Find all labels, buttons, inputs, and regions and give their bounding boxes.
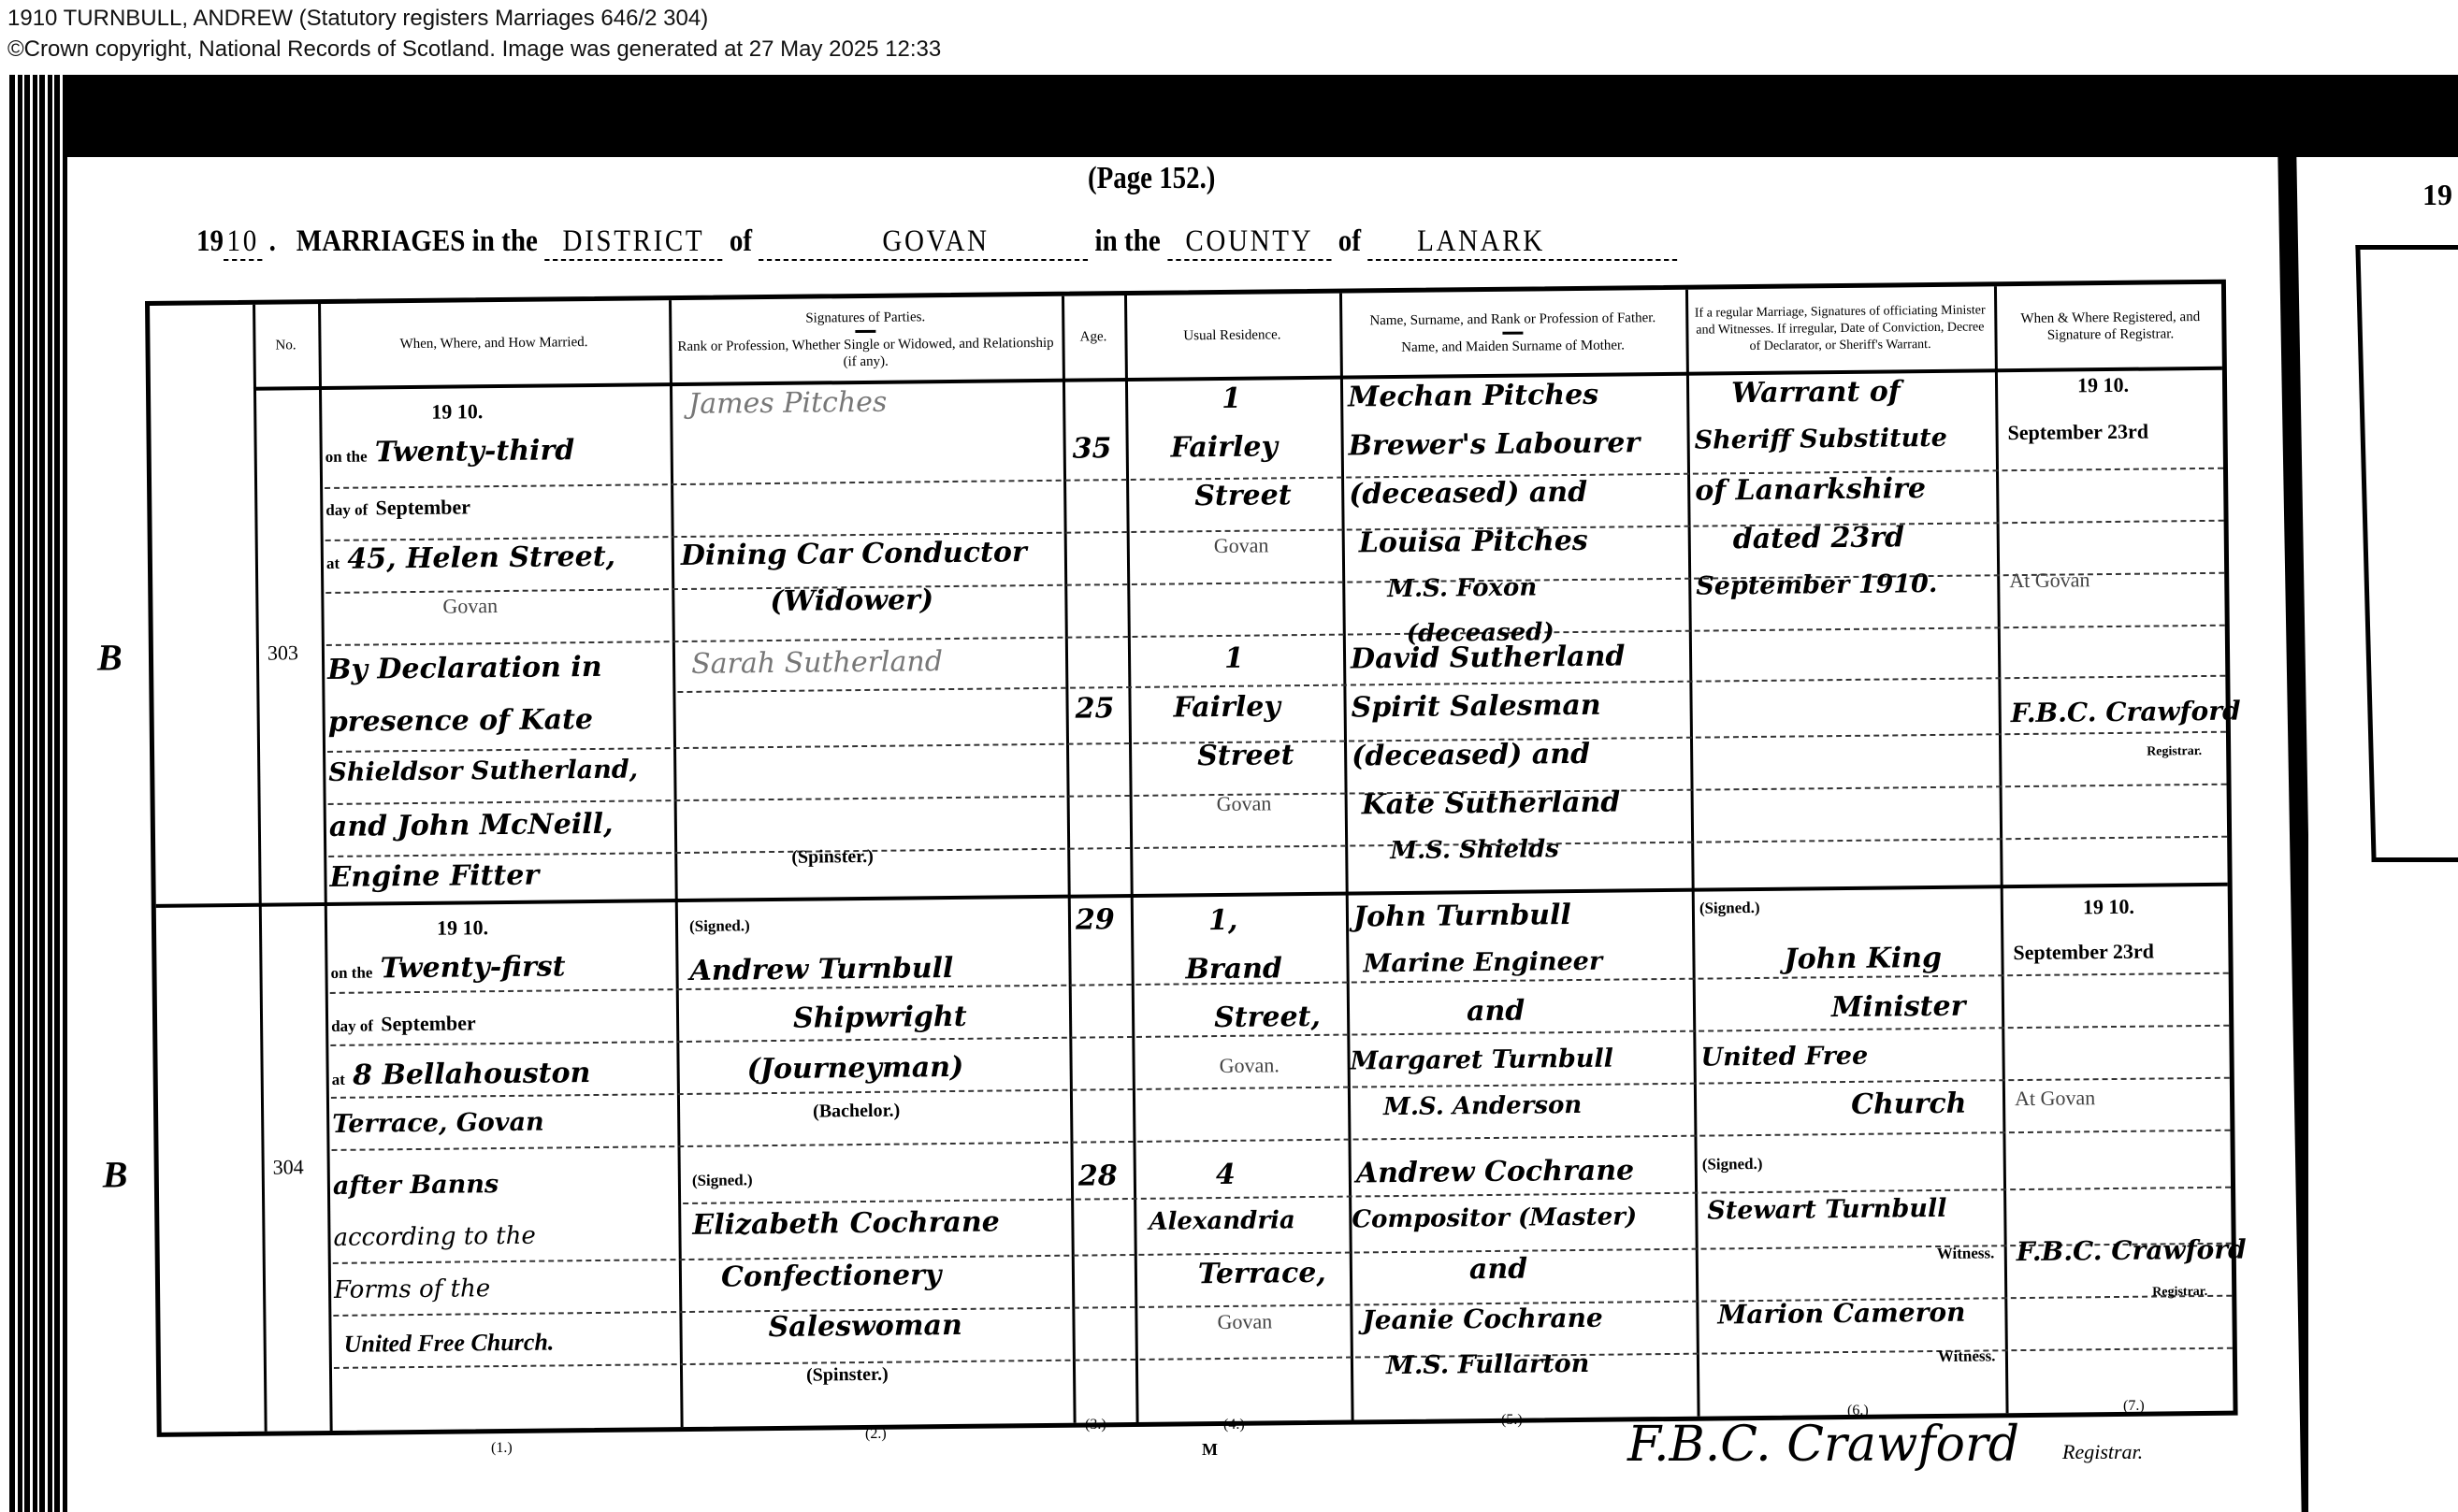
marriage-place-town: Govan bbox=[442, 594, 498, 619]
bride-residence-number: 1 bbox=[1224, 642, 1244, 675]
entry-number: 303 bbox=[267, 641, 298, 665]
warrant-line-5: September 1910. bbox=[1696, 569, 1937, 601]
footer-mark: M bbox=[1202, 1440, 1218, 1460]
column-number-4: (4.) bbox=[1223, 1417, 1245, 1433]
marriage-day: on the Twenty-first bbox=[330, 950, 565, 986]
marriage-place: at 45, Helen Street, bbox=[326, 540, 615, 576]
registered-date: September 23rd bbox=[2013, 940, 2154, 966]
groom-residence-street-2: Street bbox=[1194, 479, 1292, 512]
registered-place: At Govan bbox=[2015, 1086, 2095, 1111]
column-number-5: (5.) bbox=[1501, 1412, 1523, 1429]
bride-mother-name: Kate Sutherland bbox=[1362, 786, 1621, 822]
marriages-in-the: MARRIAGES in the bbox=[296, 224, 538, 259]
marriage-how-1: By Declaration in bbox=[327, 651, 602, 686]
registered-year: 19 10. bbox=[2077, 373, 2129, 398]
registrar-label: Registrar. bbox=[2147, 744, 2202, 760]
header-parents-mother: Name, and Maiden Surname of Mother. bbox=[1401, 338, 1625, 354]
groom-age: 29 bbox=[1076, 903, 1115, 936]
registrar-label: Registrar. bbox=[2152, 1285, 2207, 1301]
warrant-line-1: Warrant of bbox=[1731, 375, 1901, 410]
in-the-label: in the bbox=[1095, 224, 1161, 259]
header-minister-witnesses: If a regular Marriage, Signatures of off… bbox=[1685, 286, 1995, 371]
bride-residence-street-2: Street bbox=[1197, 739, 1294, 772]
of-label-1: of bbox=[730, 224, 752, 259]
bride-father-status: (deceased) and bbox=[1352, 738, 1590, 773]
marriage-year: 19 10. bbox=[437, 915, 488, 941]
groom-residence-street-2: Street, bbox=[1214, 1001, 1321, 1034]
bride-occupation-2: Saleswoman bbox=[768, 1309, 962, 1344]
footer-registrar-signature: F.B.C. Crawford bbox=[1627, 1417, 2019, 1473]
groom-father-name: Mechan Pitches bbox=[1348, 379, 1598, 414]
registrar-signature: F.B.C. Crawford bbox=[2011, 696, 2241, 729]
bride-status: (Spinster.) bbox=[806, 1364, 889, 1387]
bride-age: 28 bbox=[1078, 1159, 1118, 1192]
minister-church-1: United Free bbox=[1700, 1042, 1868, 1073]
bride-mother-maiden: M.S. Shields bbox=[1390, 835, 1559, 865]
marriage-month: day of September bbox=[325, 489, 470, 523]
bride-father-occupation: Spirit Salesman bbox=[1351, 689, 1600, 725]
district-name: GOVAN bbox=[759, 224, 1088, 261]
entry-number: 304 bbox=[273, 1155, 304, 1179]
marriage-how-4: United Free Church. bbox=[344, 1328, 555, 1358]
header-age: Age. bbox=[1062, 295, 1125, 379]
header-signatures-top: Signatures of Parties. bbox=[805, 310, 925, 325]
bride-age: 25 bbox=[1075, 692, 1114, 725]
header-residence: Usual Residence. bbox=[1124, 294, 1340, 378]
groom-age: 35 bbox=[1073, 432, 1112, 465]
groom-status: (Widower) bbox=[770, 583, 933, 618]
adjacent-page-year: 19 bbox=[2422, 178, 2452, 212]
register-heading: 1910 . MARRIAGES in the DISTRICT of GOVA… bbox=[196, 224, 1677, 261]
groom-occupation-1: Shipwright bbox=[793, 1001, 967, 1035]
registered-place: At Govan bbox=[2009, 568, 2089, 593]
groom-residence-street-1: Brand bbox=[1185, 952, 1282, 986]
copyright-notice: ©Crown copyright, National Records of Sc… bbox=[7, 36, 941, 63]
bride-residence-town: Govan bbox=[1217, 791, 1272, 816]
bride-occupation-1: Confectionery bbox=[721, 1259, 942, 1293]
witness-1-signature: Stewart Turnbull bbox=[1707, 1194, 1946, 1226]
groom-occupation-2: (Journeyman) bbox=[746, 1051, 963, 1086]
minister-church-2: Church bbox=[1851, 1087, 1967, 1121]
page-number: (Page 152.) bbox=[1088, 161, 1215, 196]
header-parents-father: Name, Surname, and Rank or Profession of… bbox=[1369, 310, 1656, 328]
groom-mother-name: Margaret Turnbull bbox=[1350, 1044, 1613, 1076]
bride-residence-street-1: Alexandria bbox=[1149, 1206, 1295, 1236]
header-signatures-bottom: Rank or Profession, Whether Single or Wi… bbox=[677, 335, 1053, 368]
record-title: 1910 TURNBULL, ANDREW (Statutory registe… bbox=[7, 6, 708, 32]
margin-mark: B bbox=[97, 635, 123, 679]
groom-residence-number: 1, bbox=[1208, 904, 1238, 937]
groom-status: (Bachelor.) bbox=[813, 1101, 900, 1123]
bride-residence-town: Govan bbox=[1217, 1309, 1272, 1334]
bride-signature: Sarah Sutherland bbox=[691, 645, 943, 681]
margin-mark: B bbox=[103, 1152, 128, 1196]
bride-parents-and: and bbox=[1469, 1253, 1528, 1287]
marriage-year: 19 10. bbox=[431, 399, 483, 425]
district-label: DISTRICT bbox=[544, 224, 723, 261]
registered-date: September 23rd bbox=[2007, 420, 2148, 446]
marriage-how-5: Engine Fitter bbox=[329, 859, 539, 894]
warrant-line-2: Sheriff Substitute bbox=[1694, 424, 1947, 455]
groom-father-status: (deceased) and bbox=[1349, 476, 1587, 511]
groom-mother-maiden: M.S. Anderson bbox=[1383, 1091, 1582, 1121]
bride-residence-number: 4 bbox=[1216, 1159, 1236, 1191]
county-name: LANARK bbox=[1367, 224, 1676, 261]
registered-year: 19 10. bbox=[2083, 895, 2134, 920]
groom-residence-number: 1 bbox=[1222, 382, 1241, 415]
groom-residence-town: Govan bbox=[1214, 533, 1269, 558]
marriage-day: on the Twenty-third bbox=[325, 434, 575, 469]
groom-father-occupation: Brewer's Labourer bbox=[1349, 426, 1641, 462]
groom-signed-label: (Signed.) bbox=[689, 916, 750, 936]
header-no: No. bbox=[253, 304, 319, 387]
groom-residence-street-1: Fairley bbox=[1171, 430, 1279, 464]
groom-father-occupation: Marine Engineer bbox=[1363, 947, 1602, 979]
bride-mother-maiden: M.S. Fullarton bbox=[1386, 1349, 1590, 1380]
marriage-register-table: No. When, Where, and How Married. Signat… bbox=[145, 280, 2238, 1437]
bride-residence-street-1: Fairley bbox=[1173, 690, 1280, 724]
bride-residence-street-2: Terrace, bbox=[1198, 1257, 1326, 1290]
county-label: COUNTY bbox=[1167, 224, 1332, 261]
marriage-place: at 8 Bellahouston bbox=[332, 1057, 591, 1092]
witness-signed-label: (Signed.) bbox=[1702, 1155, 1763, 1174]
groom-signature: James Pitches bbox=[688, 386, 888, 421]
bride-father-name: Andrew Cochrane bbox=[1356, 1154, 1635, 1189]
header-parents: Name, Surname, and Rank or Profession of… bbox=[1339, 290, 1686, 376]
marriage-how-2: presence of Kate bbox=[328, 703, 594, 739]
groom-occupation: Dining Car Conductor bbox=[681, 536, 1027, 572]
header-when-where-how: When, Where, and How Married. bbox=[318, 300, 670, 386]
warrant-line-4: dated 23rd bbox=[1733, 521, 1905, 555]
registrar-signature: F.B.C. Crawford bbox=[2017, 1234, 2247, 1268]
of-label-2: of bbox=[1338, 224, 1361, 259]
year-suffix: 10 bbox=[224, 224, 262, 261]
column-number-1: (1.) bbox=[491, 1440, 513, 1457]
marriage-how-1: after Banns bbox=[333, 1170, 499, 1201]
column-number-7: (7.) bbox=[2123, 1398, 2145, 1415]
marriage-how-3: Forms of the bbox=[334, 1274, 490, 1304]
footer-registrar-label: Registrar. bbox=[2062, 1440, 2143, 1464]
year-prefix: 19 bbox=[196, 224, 224, 259]
col-divider-margin bbox=[253, 305, 267, 1432]
adjacent-page-table bbox=[2355, 245, 2458, 862]
marriage-how-2: according to the bbox=[333, 1222, 536, 1252]
book-binding-edge bbox=[9, 75, 67, 1512]
header-registered: When & Where Registered, and Signature o… bbox=[1994, 284, 2227, 369]
groom-parents-and: and bbox=[1467, 995, 1525, 1029]
warrant-line-3: of Lanarkshire bbox=[1695, 472, 1926, 508]
minister-name: John King bbox=[1784, 942, 1942, 976]
scan-border-top bbox=[9, 75, 2458, 157]
bride-father-occupation: Compositor (Master) bbox=[1352, 1202, 1637, 1233]
groom-residence-town: Govan. bbox=[1219, 1053, 1279, 1078]
groom-signature: Andrew Turnbull bbox=[689, 952, 953, 987]
bride-signature: Elizabeth Cochrane bbox=[692, 1205, 1000, 1241]
witness-1-label: Witness. bbox=[1937, 1244, 1995, 1263]
groom-mother-maiden: M.S. Foxon bbox=[1387, 573, 1537, 603]
marriage-month: day of September bbox=[331, 1005, 476, 1039]
marriage-how-3: Shieldsor Sutherland, bbox=[328, 756, 638, 787]
bride-signed-label: (Signed.) bbox=[692, 1171, 753, 1190]
column-number-2: (2.) bbox=[865, 1426, 887, 1443]
marriage-place-2: Terrace, Govan bbox=[332, 1108, 544, 1139]
column-number-3: (3.) bbox=[1085, 1417, 1106, 1433]
bride-mother-name: Jeanie Cochrane bbox=[1362, 1303, 1603, 1336]
minister-title: Minister bbox=[1831, 990, 1966, 1025]
groom-mother-name: Louisa Pitches bbox=[1359, 525, 1588, 560]
witness-2-signature: Marion Cameron bbox=[1717, 1297, 1965, 1331]
bride-father-name: David Sutherland bbox=[1351, 640, 1626, 675]
bride-status: (Spinster.) bbox=[791, 846, 874, 869]
marriage-how-4: and John McNeill, bbox=[329, 808, 614, 843]
minister-signed-label: (Signed.) bbox=[1699, 899, 1760, 918]
header-signatures: Signatures of Parties. Rank or Professio… bbox=[669, 296, 1063, 382]
witness-2-label: Witness. bbox=[1938, 1346, 1996, 1366]
groom-father-name: John Turnbull bbox=[1353, 899, 1571, 933]
